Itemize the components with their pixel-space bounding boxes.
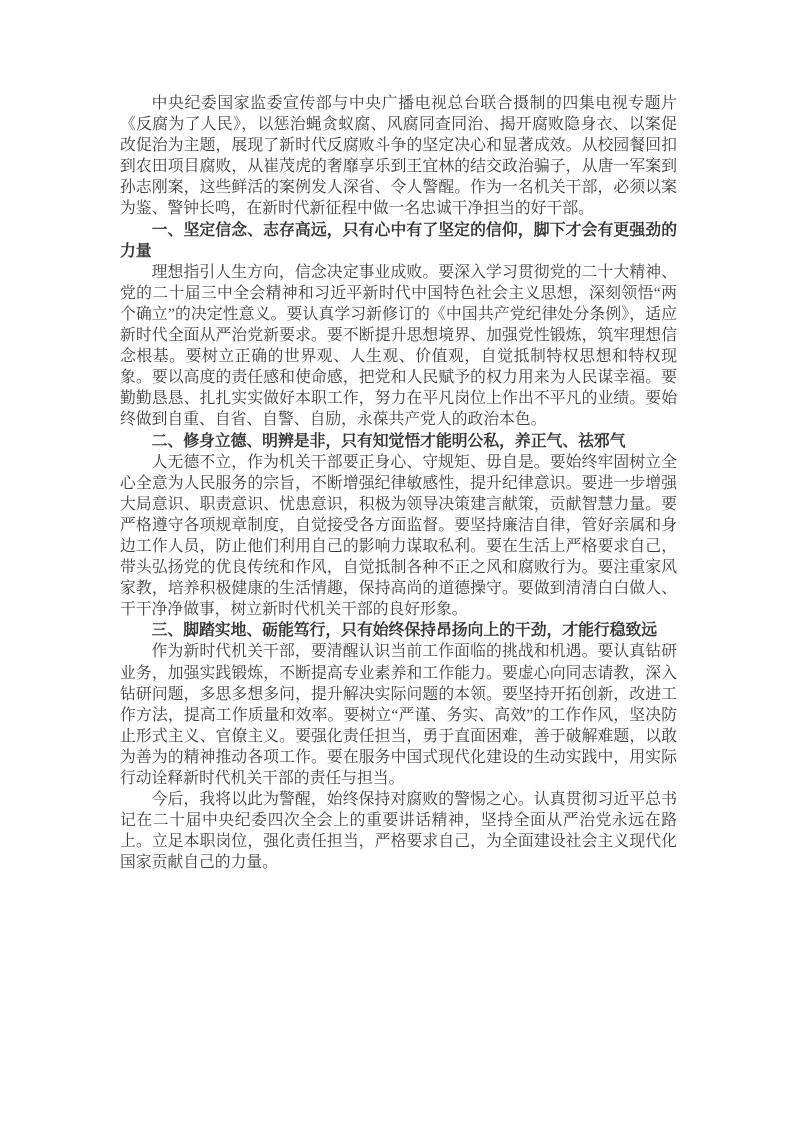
document-paragraph: 人无德不立，作为机关干部要正身心、守规矩、毋自是。要始终牢固树立全心全意为人民服… [120, 452, 677, 621]
section-heading: 一、坚定信念、志存高远，只有心中有了坚定的信仰，脚下才会有更强劲的力量 [120, 220, 677, 262]
section-heading: 三、脚踏实地、砺能笃行，只有始终保持昂扬向上的干劲，才能行稳致远 [120, 620, 677, 641]
document-canvas: { "colors": { "page_background": "#fffff… [0, 0, 793, 1122]
section-heading: 二、修身立德、明辨是非，只有知觉悟才能明公私，养正气、祛邪气 [120, 431, 677, 452]
document-paragraph: 理想指引人生方向，信念决定事业成败。要深入学习贯彻党的二十大精神、党的二十届三中… [120, 262, 677, 431]
document-page: 中央纪委国家监委宣传部与中央广播电视总台联合摄制的四集电视专题片《反腐为了人民》… [0, 0, 793, 1122]
document-paragraph: 中央纪委国家监委宣传部与中央广播电视总台联合摄制的四集电视专题片《反腐为了人民》… [120, 93, 677, 220]
document-paragraph: 作为新时代机关干部，要清醒认识当前工作面临的挑战和机遇。要认真钻研业务，加强实践… [120, 641, 677, 789]
document-paragraph: 今后，我将以此为警醒，始终保持对腐败的警惕之心。认真贯彻习近平总书记在二十届中央… [120, 789, 677, 873]
document-body: 中央纪委国家监委宣传部与中央广播电视总台联合摄制的四集电视专题片《反腐为了人民》… [120, 93, 677, 873]
